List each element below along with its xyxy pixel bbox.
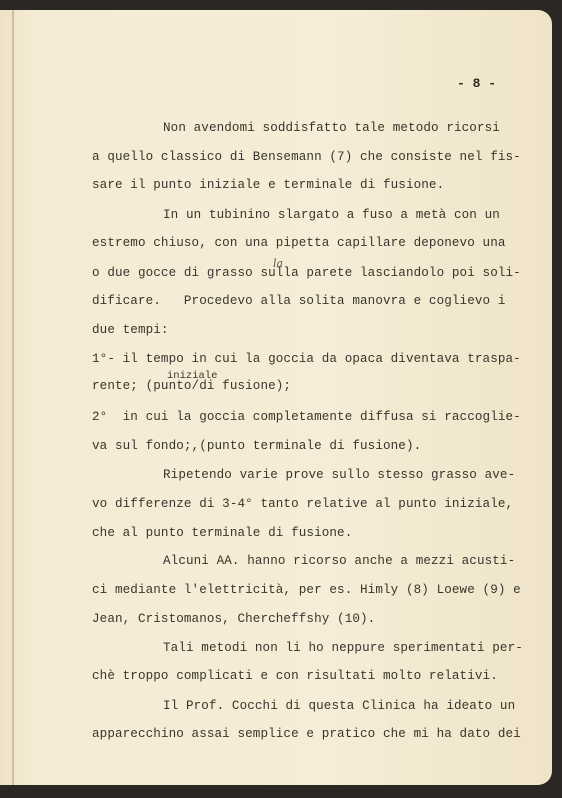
text-line: due tempi: — [92, 323, 169, 337]
text-line: vo differenze di 3-4° tanto relative al … — [92, 497, 513, 511]
text-line: chè troppo complicati e con risultati mo… — [92, 669, 498, 683]
page-number: - 8 - — [457, 76, 496, 91]
text-line: dificare. Procedevo alla solita manovra … — [92, 294, 506, 308]
interlinear-annotation: iniziale — [167, 370, 217, 382]
text-line: sare il punto iniziale e terminale di fu… — [92, 178, 444, 192]
text-line: In un tubinino slargato a fuso a metà co… — [163, 208, 500, 222]
text-line: che al punto terminale di fusione. — [92, 526, 352, 540]
text-line: Non avendomi soddisfatto tale metodo ric… — [163, 121, 500, 135]
text-line: Alcuni AA. hanno ricorso anche a mezzi a… — [163, 554, 515, 568]
text-line: Ripetendo varie prove sullo stesso grass… — [163, 468, 515, 482]
text-line: a quello classico di Bensemann (7) che c… — [92, 150, 521, 164]
text-line: Jean, Cristomanos, Chercheffshy (10). — [92, 612, 375, 626]
text-line: o due gocce di grasso sulla parete lasci… — [92, 266, 521, 280]
text-line: va sul fondo;,(punto terminale di fusion… — [92, 439, 421, 453]
text-line: Il Prof. Cocchi di questa Clinica ha ide… — [163, 699, 515, 713]
text-line: 2° in cui la goccia completamente diffus… — [92, 410, 521, 424]
page-fold — [12, 10, 14, 785]
text-line: apparecchino assai semplice e pratico ch… — [92, 727, 521, 741]
text-line: estremo chiuso, con una pipetta capillar… — [92, 236, 506, 250]
text-line: 1°- il tempo in cui la goccia da opaca d… — [92, 352, 521, 366]
handwritten-correction: la — [273, 257, 283, 270]
text-line: ci mediante l'elettricità, per es. Himly… — [92, 583, 521, 597]
text-line: Tali metodi non li ho neppure sperimenta… — [163, 641, 523, 655]
